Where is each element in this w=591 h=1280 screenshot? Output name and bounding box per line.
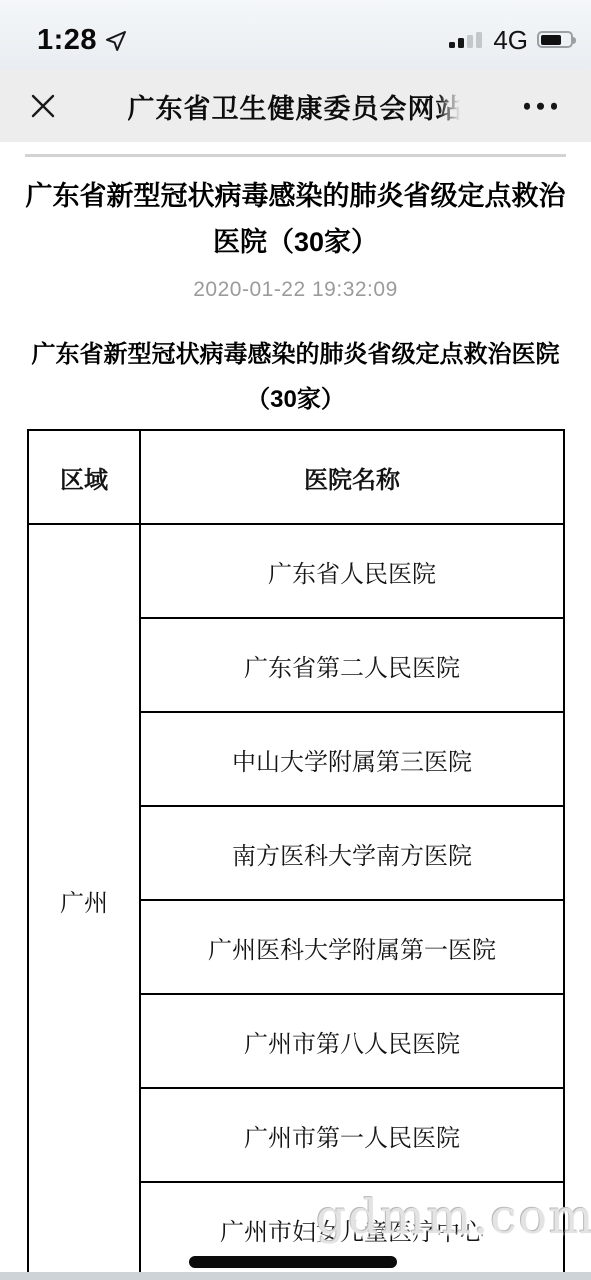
article-date: 2020-01-22 19:32:09 bbox=[0, 276, 591, 303]
hospital-cell: 广州市第一人民医院 bbox=[140, 1088, 564, 1182]
close-button[interactable] bbox=[27, 90, 59, 122]
more-icon bbox=[524, 103, 531, 110]
signal-strength-icon bbox=[449, 32, 482, 48]
table-row: 广州 广东省人民医院 bbox=[28, 524, 564, 618]
location-arrow-icon bbox=[104, 29, 128, 53]
close-icon bbox=[29, 92, 57, 120]
status-bar: 1:28 4G bbox=[0, 0, 591, 70]
article-title: 广东省新型冠状病毒感染的肺炎省级定点救治医院（30家） bbox=[0, 173, 591, 265]
hospital-cell: 广东省人民医院 bbox=[140, 524, 564, 618]
redaction-mark bbox=[189, 1256, 397, 1268]
region-column-header: 区域 bbox=[28, 430, 140, 524]
nav-bar: 广东省卫生健康委员会网站 bbox=[0, 70, 591, 142]
article-subtitle: 广东省新型冠状病毒感染的肺炎省级定点救治医院（30家） bbox=[0, 332, 591, 422]
content-divider bbox=[25, 154, 566, 157]
hospital-cell: 南方医科大学南方医院 bbox=[140, 806, 564, 900]
more-menu-button[interactable] bbox=[522, 97, 560, 116]
screen-bottom-edge bbox=[0, 1272, 591, 1280]
hospital-cell: 广东省第二人民医院 bbox=[140, 618, 564, 712]
status-time: 1:28 bbox=[37, 24, 97, 57]
hospital-table: 区域 医院名称 广州 广东省人民医院 广东省第二人民医院 中山大学附属第三医院 … bbox=[27, 429, 565, 1277]
page-title: 广东省卫生健康委员会网站 bbox=[128, 87, 464, 126]
region-cell: 广州 bbox=[28, 524, 140, 1276]
battery-icon bbox=[537, 31, 577, 49]
table-header-row: 区域 医院名称 bbox=[28, 430, 564, 524]
hospital-column-header: 医院名称 bbox=[140, 430, 564, 524]
hospital-cell: 广州医科大学附属第一医院 bbox=[140, 900, 564, 994]
hospital-cell: 中山大学附属第三医院 bbox=[140, 712, 564, 806]
hospital-cell: 广州市第八人民医院 bbox=[140, 994, 564, 1088]
network-type-label: 4G bbox=[493, 25, 528, 56]
title-fade-overlay bbox=[438, 87, 464, 126]
